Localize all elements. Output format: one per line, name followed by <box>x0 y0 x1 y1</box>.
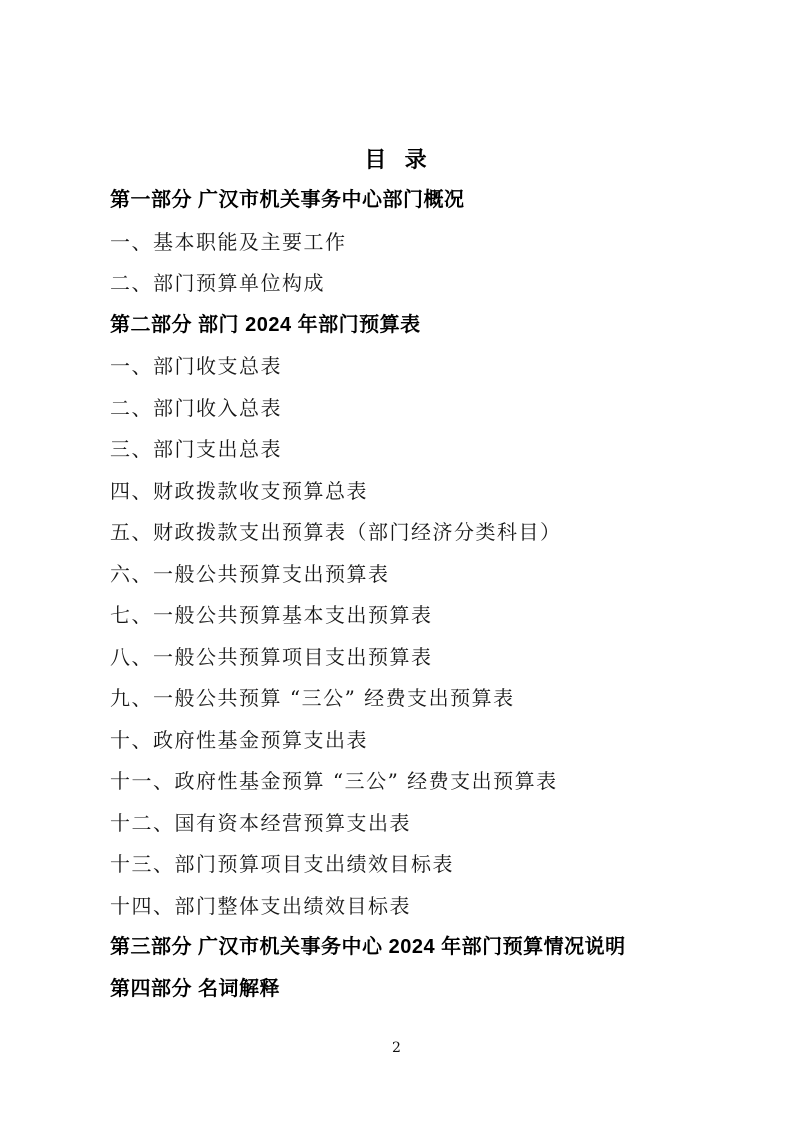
toc-row: 十四、部门整体支出绩效目标表 <box>0 885 793 927</box>
toc-entry-item: 八、一般公共预算项目支出预算表 <box>110 647 433 667</box>
toc-row: 十二、国有资本经营预算支出表 <box>0 802 793 844</box>
toc-entry-item: 四、财政拨款收支预算总表 <box>110 481 368 501</box>
toc-row: 一、基本职能及主要工作 <box>0 221 793 263</box>
toc-row: 五、财政拨款支出预算表（部门经济分类科目） <box>0 512 793 554</box>
toc-entry-item: 十四、部门整体支出绩效目标表 <box>110 896 411 916</box>
toc-row: 六、一般公共预算支出预算表 <box>0 553 793 595</box>
toc-row: 八、一般公共预算项目支出预算表 <box>0 636 793 678</box>
toc-entry-section: 第三部分 广汉市机关事务中心 2024 年部门预算情况说明 <box>110 937 626 957</box>
toc-row: 第三部分 广汉市机关事务中心 2024 年部门预算情况说明 <box>0 927 793 969</box>
toc-entry-item: 十三、部门预算项目支出绩效目标表 <box>110 854 454 874</box>
toc-list: 第一部分 广汉市机关事务中心部门概况一、基本职能及主要工作二、部门预算单位构成第… <box>0 180 793 1010</box>
page-number: 2 <box>0 1040 793 1056</box>
toc-row: 九、一般公共预算 “三公” 经费支出预算表 <box>0 678 793 720</box>
toc-row: 第四部分 名词解释 <box>0 968 793 1010</box>
toc-entry-section: 第一部分 广汉市机关事务中心部门概况 <box>110 190 465 210</box>
toc-row: 四、财政拨款收支预算总表 <box>0 470 793 512</box>
toc-entry-item: 一、部门收支总表 <box>110 356 282 376</box>
toc-row: 十、政府性基金预算支出表 <box>0 719 793 761</box>
toc-content: 目 录 第一部分 广汉市机关事务中心部门概况一、基本职能及主要工作二、部门预算单… <box>0 138 793 1010</box>
toc-row: 三、部门支出总表 <box>0 429 793 471</box>
toc-row: 十三、部门预算项目支出绩效目标表 <box>0 844 793 886</box>
toc-entry-item: 二、部门收入总表 <box>110 398 282 418</box>
title-row: 目 录 <box>0 138 793 180</box>
toc-row: 一、部门收支总表 <box>0 346 793 388</box>
toc-entry-item: 七、一般公共预算基本支出预算表 <box>110 605 433 625</box>
toc-entry-item: 十一、政府性基金预算 “三公” 经费支出预算表 <box>110 771 558 791</box>
toc-entry-item: 三、部门支出总表 <box>110 439 282 459</box>
document-page: 目 录 第一部分 广汉市机关事务中心部门概况一、基本职能及主要工作二、部门预算单… <box>0 0 793 1122</box>
toc-entry-item: 二、部门预算单位构成 <box>110 273 325 293</box>
toc-entry-section: 第二部分 部门 2024 年部门预算表 <box>110 315 421 335</box>
toc-row: 十一、政府性基金预算 “三公” 经费支出预算表 <box>0 761 793 803</box>
toc-row: 二、部门预算单位构成 <box>0 263 793 305</box>
toc-entry-item: 一、基本职能及主要工作 <box>110 232 347 252</box>
toc-entry-item: 十、政府性基金预算支出表 <box>110 730 368 750</box>
toc-entry-item: 五、财政拨款支出预算表（部门经济分类科目） <box>110 522 562 542</box>
toc-row: 七、一般公共预算基本支出预算表 <box>0 595 793 637</box>
toc-entry-item: 十二、国有资本经营预算支出表 <box>110 813 411 833</box>
toc-entry-item: 六、一般公共预算支出预算表 <box>110 564 390 584</box>
toc-row: 二、部门收入总表 <box>0 387 793 429</box>
toc-row: 第二部分 部门 2024 年部门预算表 <box>0 304 793 346</box>
document-title: 目 录 <box>364 143 428 174</box>
toc-entry-section: 第四部分 名词解释 <box>110 979 280 999</box>
toc-row: 第一部分 广汉市机关事务中心部门概况 <box>0 180 793 222</box>
toc-entry-item: 九、一般公共预算 “三公” 经费支出预算表 <box>110 688 515 708</box>
